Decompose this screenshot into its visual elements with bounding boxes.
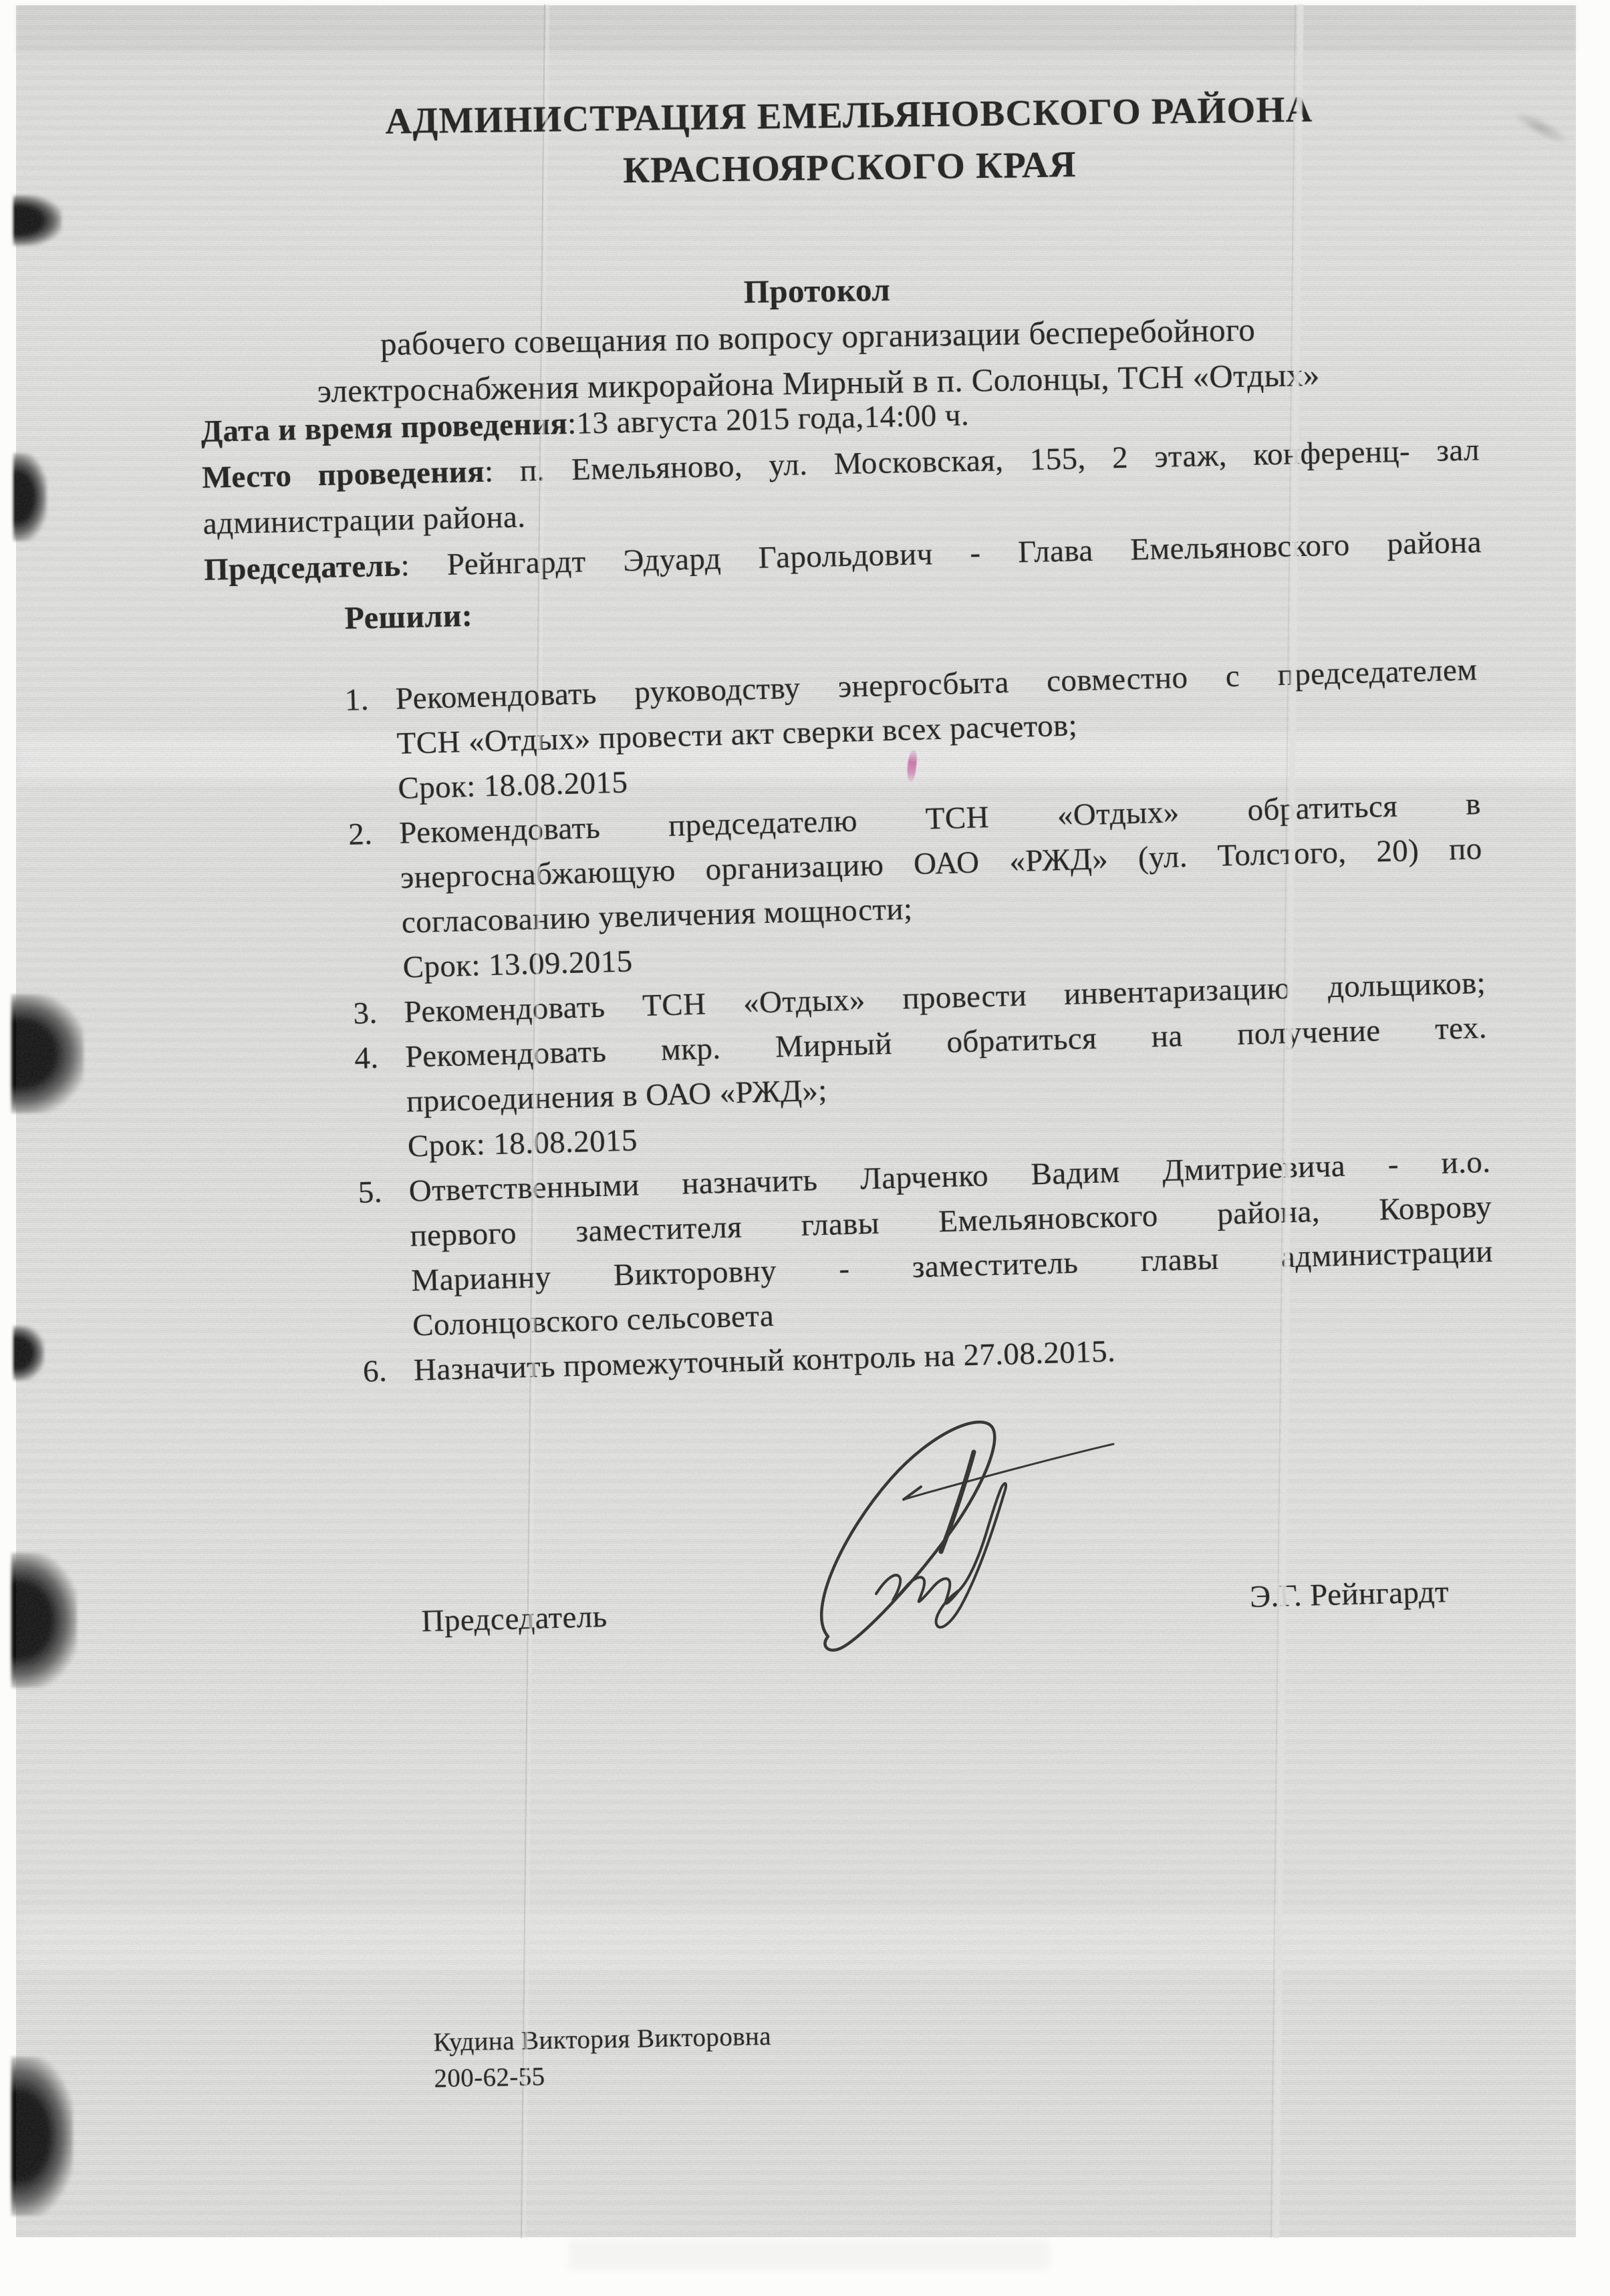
list-item: 2. Рекомендовать председателю ТСН «Отдых… — [348, 782, 1485, 992]
signature-left-label: Председатель — [421, 1598, 608, 1639]
meta-chairman-label: Председатель — [204, 549, 401, 587]
ink-blotch — [13, 1326, 44, 1381]
decided-heading: Решили: — [344, 597, 473, 637]
ink-blotch — [11, 2057, 73, 2216]
ink-blotch — [13, 453, 47, 541]
meta-place-label: Место проведения — [202, 454, 485, 495]
meta-datetime-label: Дата и время проведения — [200, 406, 568, 449]
ink-blotch — [13, 195, 61, 246]
item-number: 2. — [348, 812, 373, 857]
ink-blotch — [11, 994, 84, 1113]
decided-items-list: 1. Рекомендовать руководству энергосбыта… — [344, 648, 1496, 1394]
item-number: 6. — [362, 1349, 388, 1395]
item-number: 3. — [353, 991, 378, 1036]
item-number: 1. — [344, 678, 370, 723]
gray-smudge-bottom — [568, 2240, 1049, 2269]
list-item: 5. Ответственными назначить Ларченко Вад… — [358, 1140, 1495, 1350]
item-number: 4. — [354, 1036, 379, 1081]
item-number: 5. — [358, 1170, 383, 1215]
ink-blotch — [11, 1553, 77, 1688]
org-header: АДМИНИСТРАЦИЯ ЕМЕЛЬЯНОВСКОГО РАЙОНА КРАС… — [221, 81, 1478, 202]
meta-datetime-value: :13 августа 2015 года,14:00 ч. — [567, 398, 970, 441]
scanned-protocol-page: { "doc": { "org_line1": "АДМИНИСТРАЦИЯ Е… — [0, 0, 1610, 2296]
